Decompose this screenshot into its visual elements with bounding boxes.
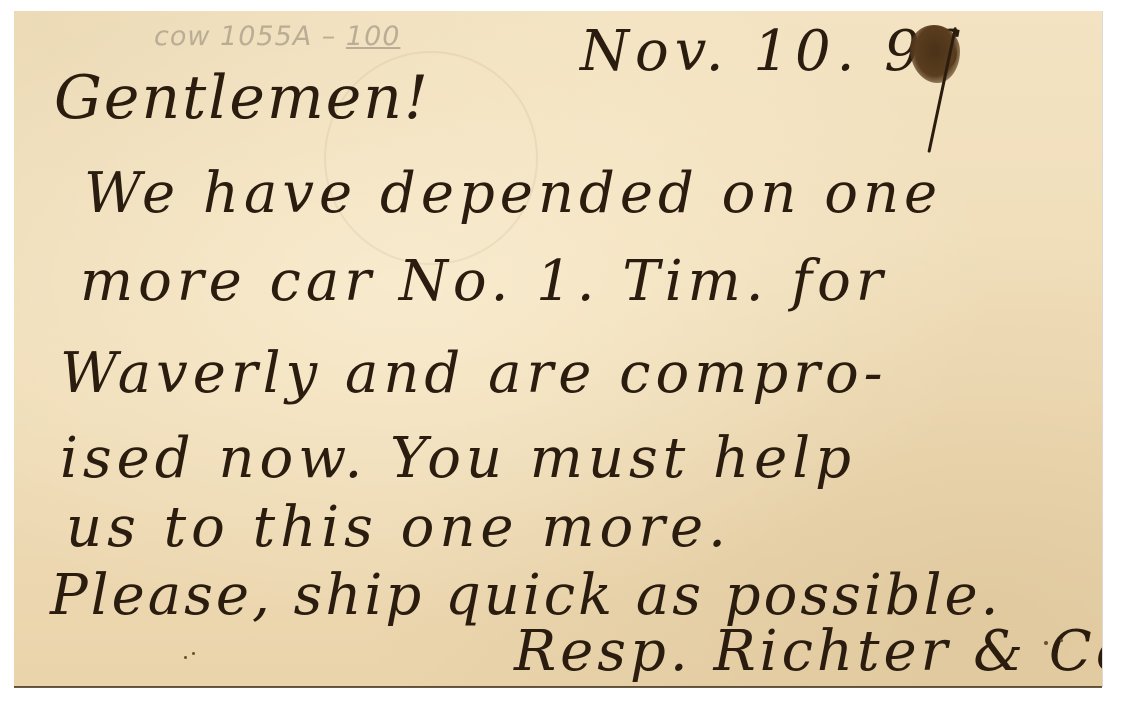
- scanned-page: cow 1055A – 100 Nov. 10. 96 Gentlemen! W…: [0, 0, 1122, 703]
- body-line: more car No. 1. Tim. for: [80, 249, 888, 314]
- archive-prefix: cow 1055A –: [154, 21, 346, 52]
- signature: Resp. Richter & Co.: [514, 619, 1102, 684]
- body-line: us to this one more.: [66, 495, 731, 560]
- date-month: Nov.: [580, 19, 730, 84]
- body-line: We have depended on one: [84, 161, 942, 226]
- stain-spot: [192, 652, 195, 655]
- body-line: Waverly and are compro-: [60, 341, 888, 406]
- body-line: ised now. You must help: [60, 426, 856, 491]
- salutation: Gentlemen!: [54, 63, 430, 133]
- archive-number: 100: [346, 21, 401, 52]
- stain-spot: [1044, 641, 1048, 645]
- archive-pencil-notation: cow 1055A – 100: [154, 21, 400, 52]
- date-day: 10.: [753, 19, 860, 84]
- stain-spot: [1060, 639, 1063, 642]
- postcard: cow 1055A – 100 Nov. 10. 96 Gentlemen! W…: [14, 11, 1102, 687]
- stain-spot: [184, 656, 187, 659]
